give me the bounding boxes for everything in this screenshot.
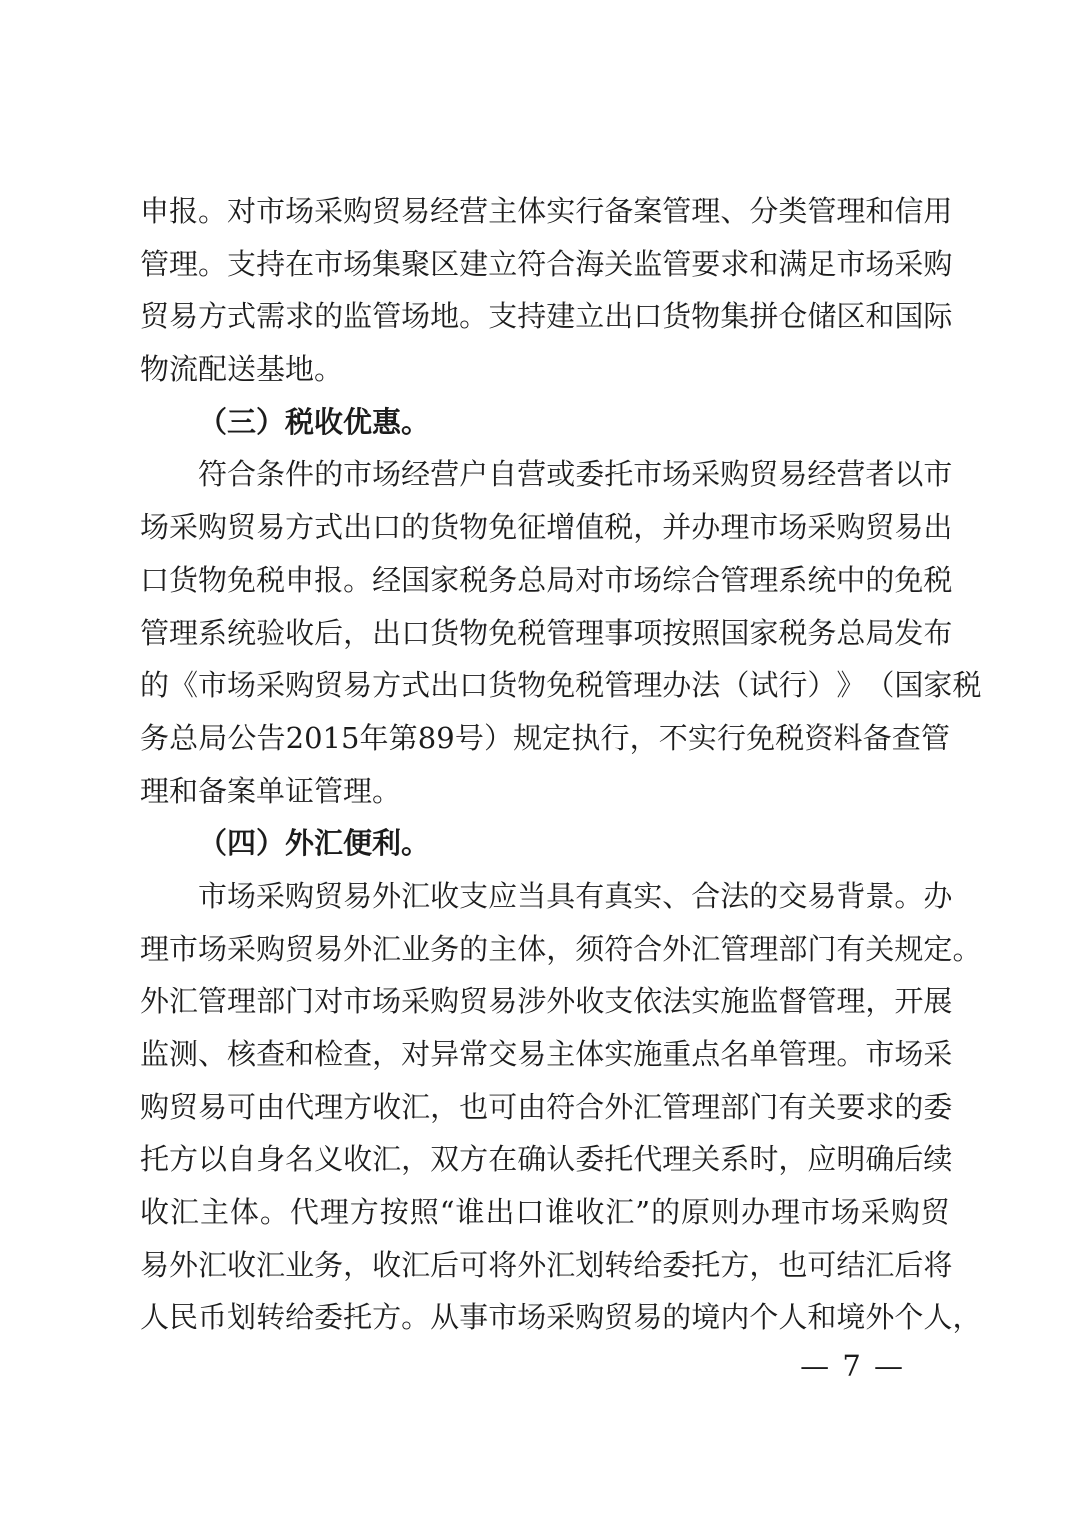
- text-line: 外汇管理部门对市场采购贸易涉外收支依法实施监督管理，开展: [140, 975, 950, 1028]
- text-line: 申报。对市场采购贸易经营主体实行备案管理、分类管理和信用: [140, 185, 950, 238]
- document-page: 申报。对市场采购贸易经营主体实行备案管理、分类管理和信用管理。支持在市场集聚区建…: [0, 0, 1074, 1520]
- text-line: 符合条件的市场经营户自营或委托市场采购贸易经营者以市: [140, 448, 950, 501]
- text-line: 场采购贸易方式出口的货物免征增值税，并办理市场采购贸易出: [140, 501, 950, 554]
- document-body: 申报。对市场采购贸易经营主体实行备案管理、分类管理和信用管理。支持在市场集聚区建…: [140, 185, 950, 1344]
- text-line: 管理系统验收后，出口货物免税管理事项按照国家税务总局发布: [140, 607, 950, 660]
- text-line: 口货物免税申报。经国家税务总局对市场综合管理系统中的免税: [140, 554, 950, 607]
- text-line: 贸易方式需求的监管场地。支持建立出口货物集拼仓储区和国际: [140, 290, 950, 343]
- text-line: 的《市场采购贸易方式出口货物免税管理办法（试行）》（国家税: [140, 659, 950, 712]
- text-line: 物流配送基地。: [140, 343, 950, 396]
- text-line: 收汇主体。代理方按照“谁出口谁收汇”的原则办理市场采购贸: [140, 1186, 950, 1239]
- text-line: 管理。支持在市场集聚区建立符合海关监管要求和满足市场采购: [140, 238, 950, 291]
- section-heading: （四）外汇便利。: [140, 817, 950, 870]
- text-line: 托方以自身名义收汇，双方在确认委托代理关系时，应明确后续: [140, 1133, 950, 1186]
- page-number: — 7 —: [800, 1346, 905, 1386]
- text-line: 理和备案单证管理。: [140, 765, 950, 818]
- text-line: 易外汇收汇业务，收汇后可将外汇划转给委托方，也可结汇后将: [140, 1239, 950, 1292]
- text-line: 市场采购贸易外汇收支应当具有真实、合法的交易背景。办: [140, 870, 950, 923]
- text-line: 务总局公告2015年第89号）规定执行，不实行免税资料备查管: [140, 712, 950, 765]
- text-line: 人民币划转给委托方。从事市场采购贸易的境内个人和境外个人，: [140, 1291, 950, 1344]
- text-line: 理市场采购贸易外汇业务的主体，须符合外汇管理部门有关规定。: [140, 923, 950, 976]
- text-line: 监测、核查和检查，对异常交易主体实施重点名单管理。市场采: [140, 1028, 950, 1081]
- section-heading: （三）税收优惠。: [140, 396, 950, 449]
- text-line: 购贸易可由代理方收汇，也可由符合外汇管理部门有关要求的委: [140, 1081, 950, 1134]
